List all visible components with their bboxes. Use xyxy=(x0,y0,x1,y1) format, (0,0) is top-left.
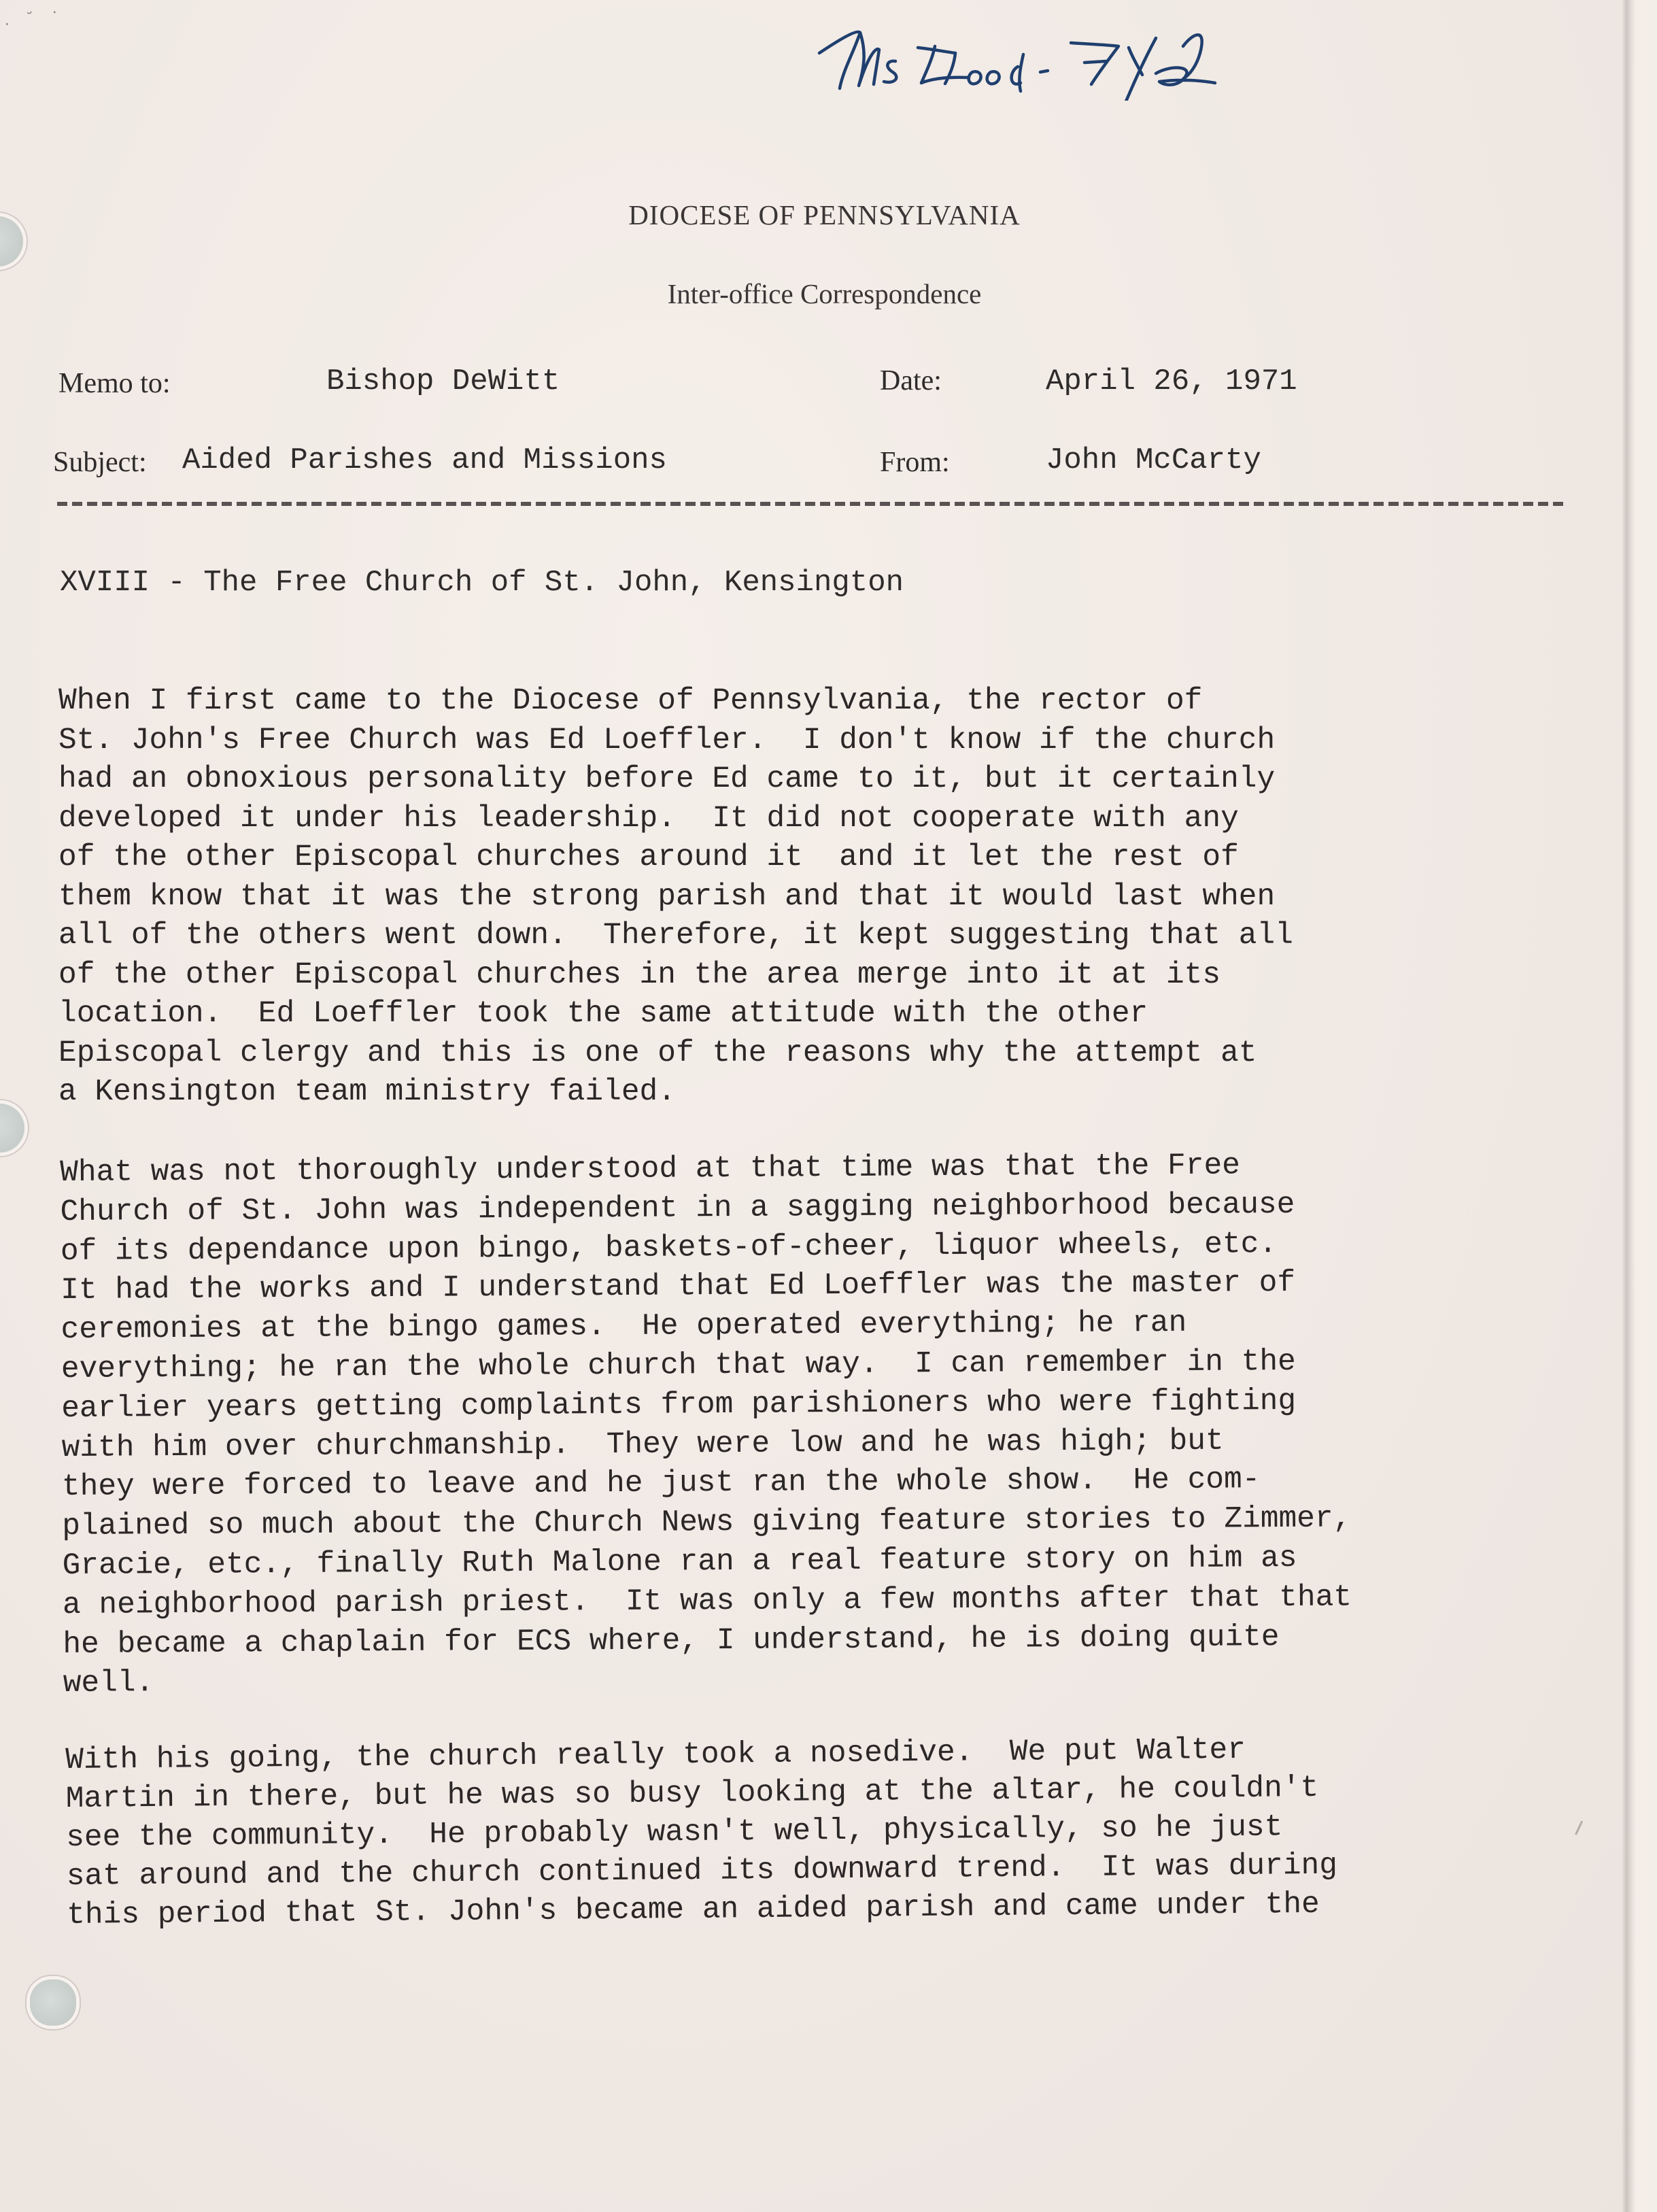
paragraph-line: of the other Episcopal churches in the a… xyxy=(58,956,1293,996)
letterhead-document-type: Inter-office Correspondence xyxy=(0,277,1653,310)
paragraph-line: location. Ed Loeffler took the same atti… xyxy=(58,995,1293,1034)
scanned-memo-page: · ˘ · Ms Hood - 7/2 xyxy=(0,0,1657,2212)
paragraph-line: When I first came to the Diocese of Penn… xyxy=(58,682,1293,721)
memo-to-value: Bishop DeWitt xyxy=(326,364,560,398)
body-paragraph-3: With his going, the church really took a… xyxy=(65,1731,1338,1935)
paper-specks: · ˘ · xyxy=(3,3,65,34)
paragraph-line: had an obnoxious personality before Ed c… xyxy=(58,760,1293,800)
paragraph-line: he became a chaplain for ECS where, I un… xyxy=(63,1618,1352,1665)
paragraph-line: a Kensington team ministry failed. xyxy=(58,1073,1293,1112)
paragraph-line: St. John's Free Church was Ed Loeffler. … xyxy=(58,721,1293,761)
memo-to-label: Memo to: xyxy=(58,367,171,400)
paragraph-line: all of the others went down. Therefore, … xyxy=(58,917,1293,956)
subject-value: Aided Parishes and Missions xyxy=(182,443,667,477)
date-value: April 26, 1971 xyxy=(1046,364,1297,398)
letterhead-organization: DIOCESE OF PENNSYLVANIA xyxy=(0,199,1653,231)
section-title: XVIII - The Free Church of St. John, Ken… xyxy=(60,566,904,600)
date-label: Date: xyxy=(880,364,942,397)
paragraph-line: of the other Episcopal churches around i… xyxy=(58,838,1293,878)
paragraph-line: well. xyxy=(63,1657,1352,1704)
body-paragraph-1: When I first came to the Diocese of Penn… xyxy=(58,682,1293,1112)
from-label: From: xyxy=(880,446,950,479)
punch-hole-bottom xyxy=(30,1979,76,2026)
subject-label: Subject: xyxy=(53,446,147,479)
handwritten-annotation: Ms Hood - 7/2 xyxy=(799,12,1370,101)
body-paragraph-2: What was not thoroughly understood at th… xyxy=(60,1146,1352,1704)
from-value: John McCarty xyxy=(1046,443,1261,477)
dashed-divider xyxy=(57,502,1568,506)
paragraph-line: Episcopal clergy and this is one of the … xyxy=(58,1034,1293,1074)
paragraph-line: them know that it was the strong parish … xyxy=(58,878,1293,917)
paragraph-line: developed it under his leadership. It di… xyxy=(58,800,1293,839)
punch-hole-middle xyxy=(0,1104,24,1153)
stray-pencil-mark xyxy=(1575,1820,1592,1839)
